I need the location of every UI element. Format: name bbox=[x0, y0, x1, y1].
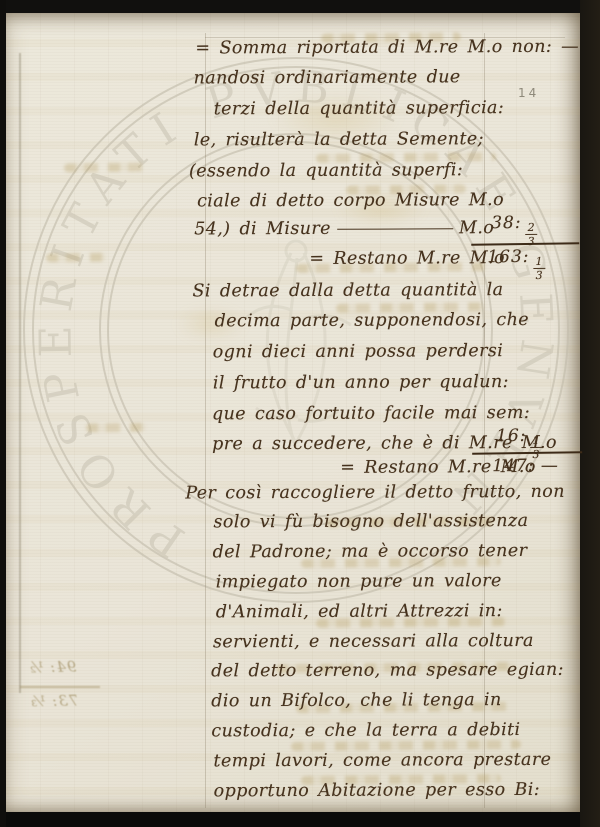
amount-main: 38: bbox=[491, 213, 521, 233]
manuscript-line: del detto terreno, ma spesare egian: bbox=[211, 660, 564, 682]
amount-main: 147: — bbox=[492, 456, 559, 476]
manuscript-line: dio un Bifolco, che li tenga in bbox=[211, 690, 501, 711]
manuscript-line: il frutto d'un anno per qualun: bbox=[213, 372, 509, 393]
manuscript-line: Si detrae dalla detta quantità la bbox=[192, 280, 503, 301]
manuscript-line: le, risulterà la detta Semente; bbox=[194, 129, 484, 150]
leader-line bbox=[337, 233, 453, 234]
manuscript-line: que caso fortuito facile mai sem: bbox=[212, 403, 530, 425]
manuscript-line: ciale di detto corpo Misure M.o bbox=[197, 190, 504, 211]
amount-value: 147: — bbox=[492, 458, 559, 475]
manuscript-line: terzi della quantità superficia: bbox=[214, 98, 505, 119]
manuscript-line: impiegato non pure un valore bbox=[216, 571, 502, 592]
measure-label: 54,) di Misure bbox=[194, 219, 331, 240]
scanned-manuscript-frame: PROSPERITATI PVBLICAE GENVEN bbox=[0, 0, 600, 827]
scan-border-bottom bbox=[0, 812, 600, 827]
manuscript-page: PROSPERITATI PVBLICAE GENVEN bbox=[6, 13, 580, 812]
manuscript-line: = Somma riportata di M.re M.o non: — bbox=[195, 37, 579, 59]
manuscript-line: nandosi ordinariamente due bbox=[193, 67, 460, 88]
amount-main: 163: bbox=[487, 247, 529, 267]
manuscript-line: decima parte, supponendosi, che bbox=[215, 310, 530, 331]
manuscript-line: (essendo la quantità superfi: bbox=[189, 160, 463, 181]
manuscript-line: opportuno Abitazione per esso Bi: bbox=[214, 780, 541, 802]
manuscript-line: = Restano M.re M.o bbox=[309, 248, 505, 269]
manuscript-line-with-leader: 54,) di Misure M.o bbox=[194, 218, 494, 239]
manuscript-line: ogni dieci anni possa perdersi bbox=[213, 341, 504, 362]
amount-fraction: 13 bbox=[534, 256, 546, 281]
manuscript-line: solo vi fù bisogno dell'assistenza bbox=[213, 511, 528, 532]
measure-unit: M.o bbox=[459, 218, 494, 238]
manuscript-line: tempi lavori, come ancora prestare bbox=[213, 750, 551, 772]
manuscript-line: del Padrone; ma è occorso tener bbox=[213, 541, 528, 562]
amount-value: 163:13 bbox=[487, 249, 545, 281]
manuscript-line: d'Animali, ed altri Attrezzi in: bbox=[216, 601, 503, 622]
manuscript-line: servienti, e necessari alla coltura bbox=[213, 631, 534, 653]
scan-border-right bbox=[580, 0, 600, 827]
amount-main: 16: bbox=[496, 426, 526, 446]
handwritten-text-layer: = Somma riportata di M.re M.o non: — nan… bbox=[4, 12, 581, 813]
manuscript-line: Per così raccogliere il detto frutto, no… bbox=[185, 482, 565, 504]
manuscript-line: custodia; e che la terra a debiti bbox=[211, 720, 520, 741]
